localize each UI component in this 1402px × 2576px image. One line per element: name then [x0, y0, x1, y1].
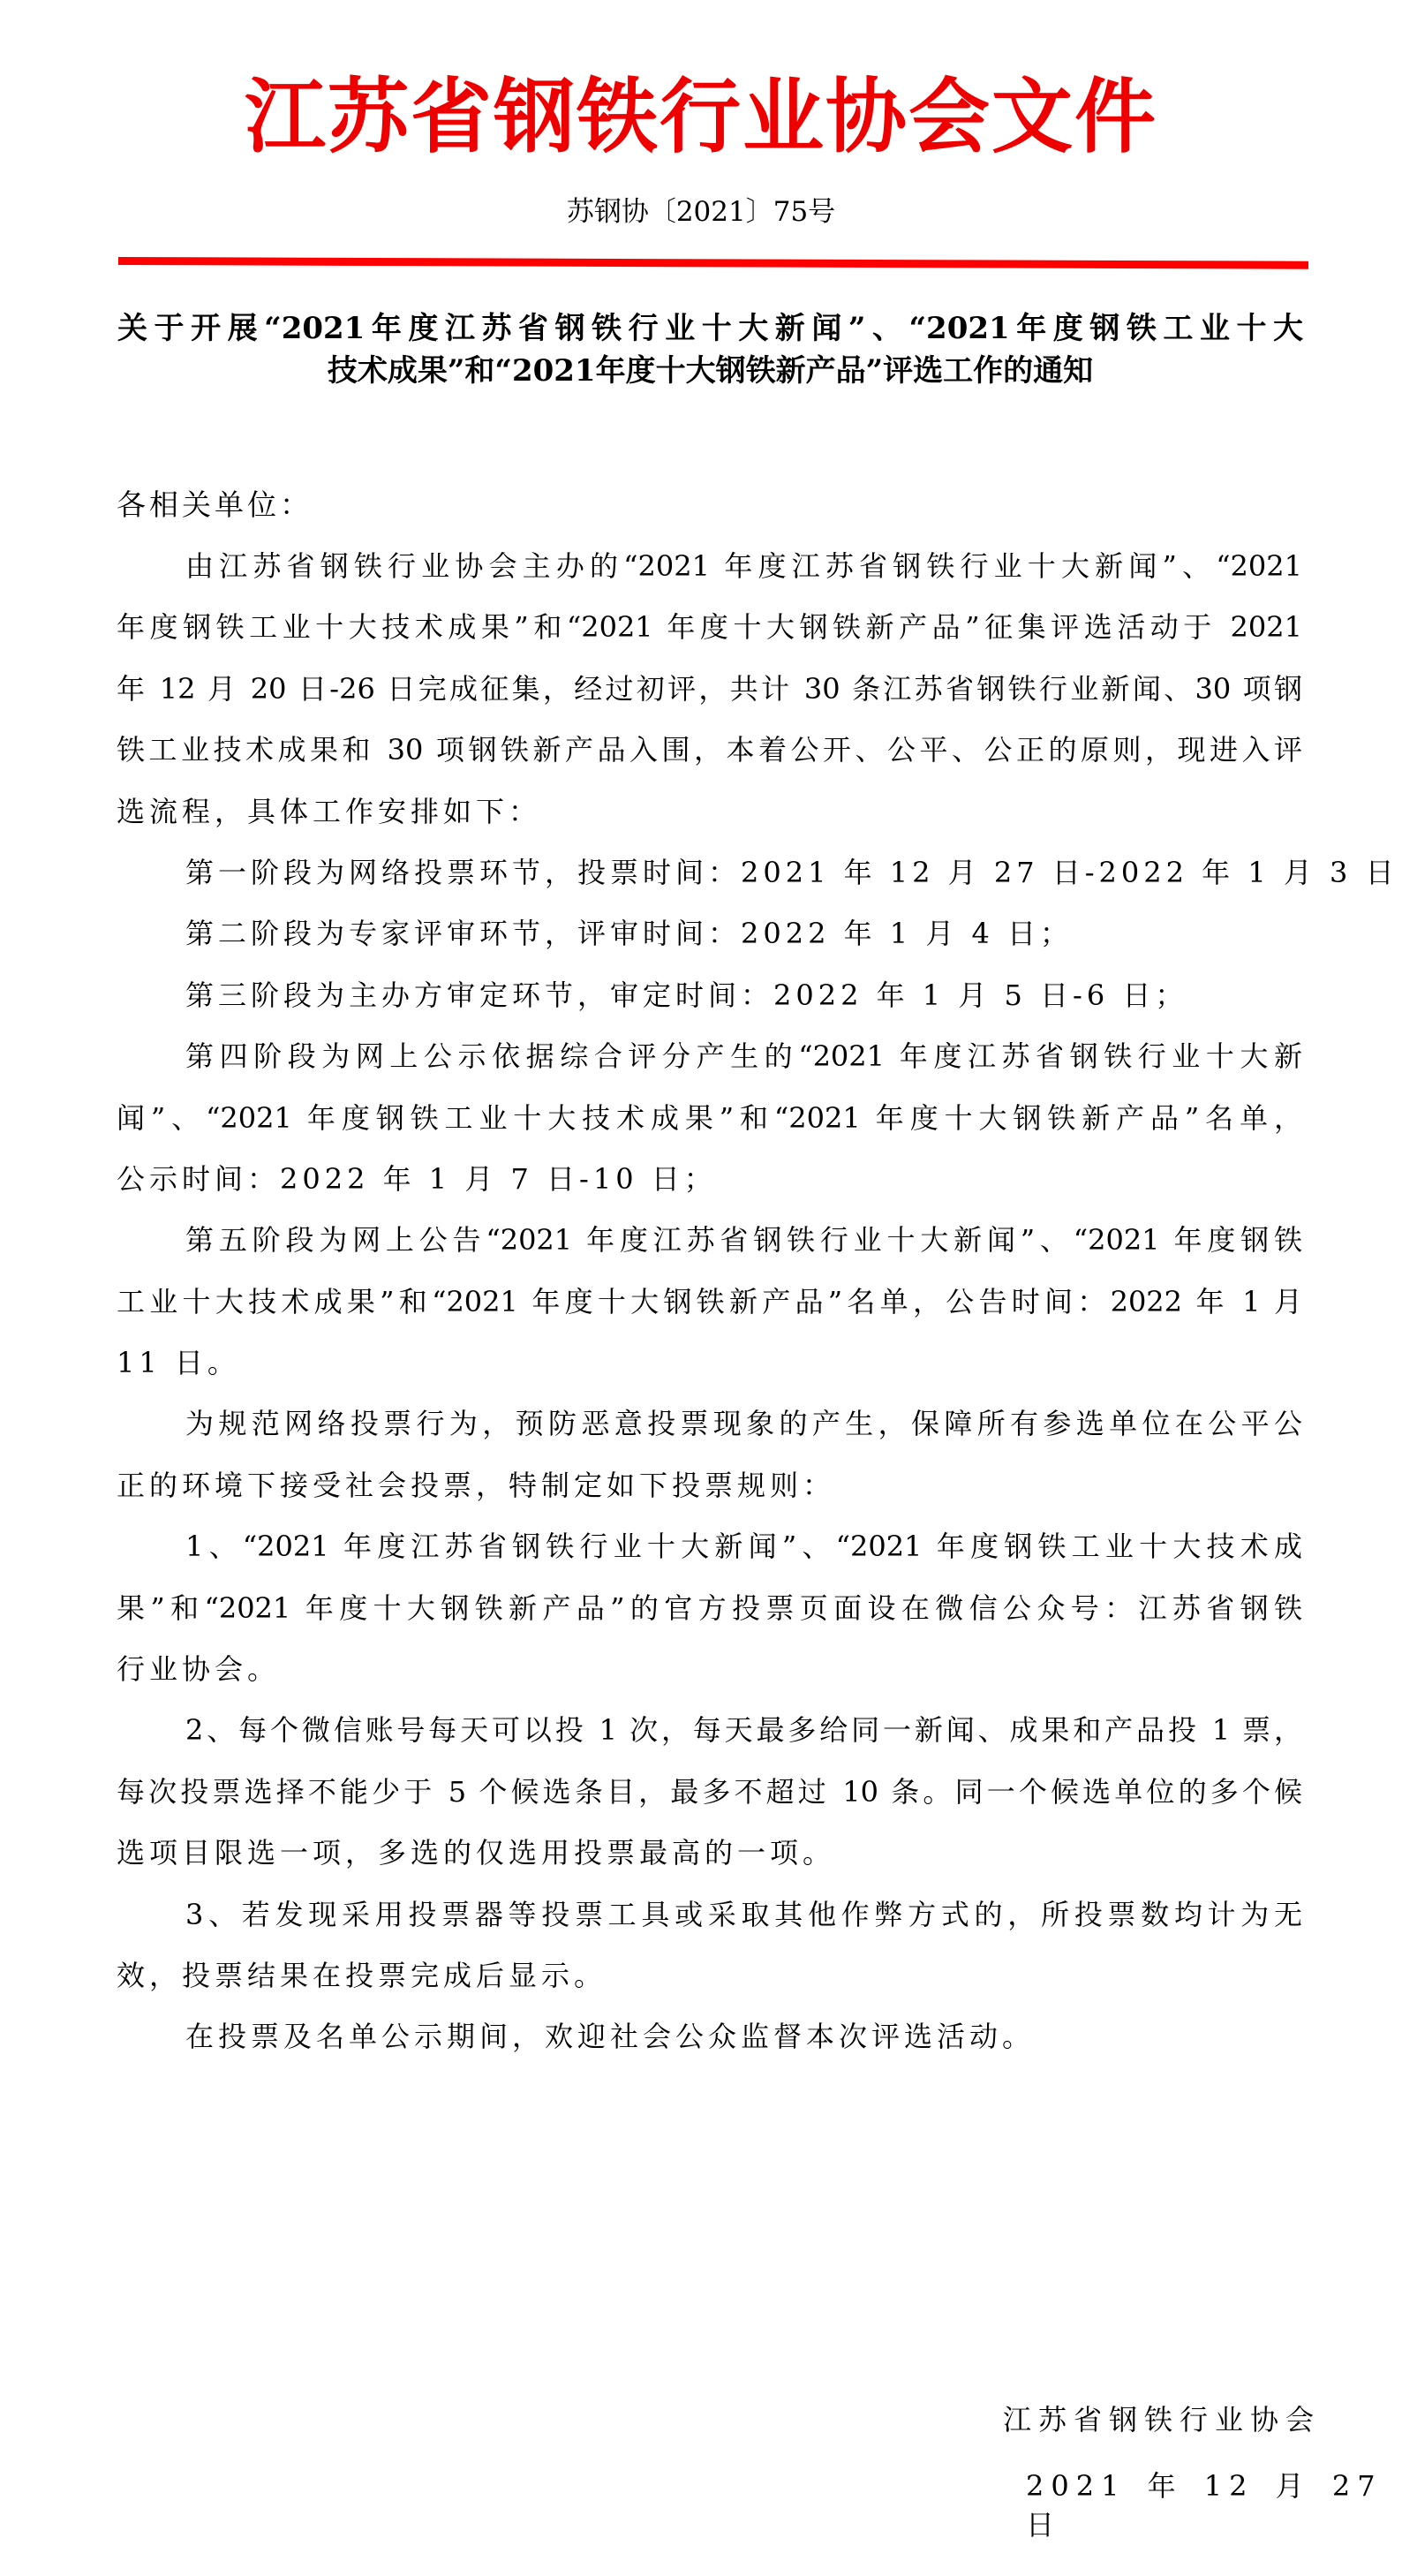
notice-title-line-1: 关于开展“2021年度江苏省钢铁行业十大新闻”、“2021年度钢铁工业十大 — [117, 307, 1303, 350]
stage-5-line: 工业十大技术成果”和“2021 年度十大钢铁新产品”名单，公告时间：2022 年… — [117, 1272, 1302, 1333]
paragraph-line: 年度钢铁工业十大技术成果”和“2021 年度十大钢铁新产品”征集评选活动于 20… — [117, 597, 1302, 658]
paragraph-line: 年 12 月 20 日-26 日完成征集，经过初评，共计 30 条江苏省钢铁行业… — [117, 659, 1302, 720]
rule-1-line: 1、“2021 年度江苏省钢铁行业十大新闻”、“2021 年度钢铁工业十大技术成 — [117, 1516, 1302, 1577]
document-body: 由江苏省钢铁行业协会主办的“2021 年度江苏省钢铁行业十大新闻”、“2021 … — [117, 536, 1302, 2068]
stage-5-line: 第五阶段为网上公告“2021 年度江苏省钢铁行业十大新闻”、“2021 年度钢铁 — [117, 1210, 1302, 1271]
paragraph-line: 由江苏省钢铁行业协会主办的“2021 年度江苏省钢铁行业十大新闻”、“2021 — [117, 536, 1302, 597]
rule-2-line: 每次投票选择不能少于 5 个候选条目，最多不超过 10 条。同一个候选单位的多个… — [117, 1762, 1302, 1823]
stage-4-line: 公示时间：2022 年 1 月 7 日-10 日； — [117, 1149, 1302, 1210]
rule-2-line: 2、每个微信账号每天可以投 1 次，每天最多给同一新闻、成果和产品投 1 票， — [117, 1700, 1302, 1761]
rules-intro-line: 为规范网络投票行为，预防恶意投票现象的产生，保障所有参选单位在公平公 — [117, 1394, 1302, 1454]
notice-title: 关于开展“2021年度江苏省钢铁行业十大新闻”、“2021年度钢铁工业十大 技术… — [117, 307, 1303, 392]
red-divider — [118, 257, 1308, 269]
stage-3-line: 第三阶段为主办方审定环节，审定时间：2022 年 1 月 5 日-6 日； — [117, 965, 1302, 1026]
rule-3-line: 效，投票结果在投票完成后显示。 — [117, 1945, 1302, 2006]
rule-1-line: 果”和“2021 年度十大钢铁新产品”的官方投票页面设在微信公众号：江苏省钢铁 — [117, 1578, 1302, 1639]
rule-2-line: 选项目限选一项，多选的仅选用投票最高的一项。 — [117, 1823, 1302, 1884]
paragraph-line: 选流程，具体工作安排如下： — [117, 782, 1302, 842]
paragraph-line: 铁工业技术成果和 30 项钢铁新产品入围，本着公开、公平、公正的原则，现进入评 — [117, 720, 1302, 781]
salutation: 各相关单位： — [117, 486, 313, 525]
stage-4-line: 第四阶段为网上公示依据综合评分产生的“2021 年度江苏省钢铁行业十大新 — [117, 1026, 1302, 1087]
signature-organization: 江苏省钢铁行业协会 — [1003, 2400, 1321, 2439]
rule-1-line: 行业协会。 — [117, 1639, 1302, 1700]
notice-title-line-2: 技术成果”和“2021年度十大钢铁新产品”评选工作的通知 — [117, 350, 1303, 392]
rule-3-line: 3、若发现采用投票器等投票工具或采取其他作弊方式的，所投票数均计为无 — [117, 1885, 1302, 1945]
document-number: 苏钢协〔2021〕75号 — [0, 193, 1402, 231]
stage-4-line: 闻”、“2021 年度钢铁工业十大技术成果”和“2021 年度十大钢铁新产品”名… — [117, 1088, 1302, 1149]
stage-5-line: 11 日。 — [117, 1333, 1302, 1394]
closing-line: 在投票及名单公示期间，欢迎社会公众监督本次评选活动。 — [117, 2006, 1302, 2067]
signature-date: 2021 年 12 月 27 日 — [1026, 2466, 1402, 2544]
stage-2-line: 第二阶段为专家评审环节，评审时间：2022 年 1 月 4 日； — [117, 903, 1302, 964]
rules-intro-line: 正的环境下接受社会投票，特制定如下投票规则： — [117, 1455, 1302, 1516]
stage-1-line: 第一阶段为网络投票环节，投票时间：2021 年 12 月 27 日-2022 年… — [117, 842, 1302, 903]
document-header-title: 江苏省钢铁行业协会文件 — [0, 64, 1402, 170]
